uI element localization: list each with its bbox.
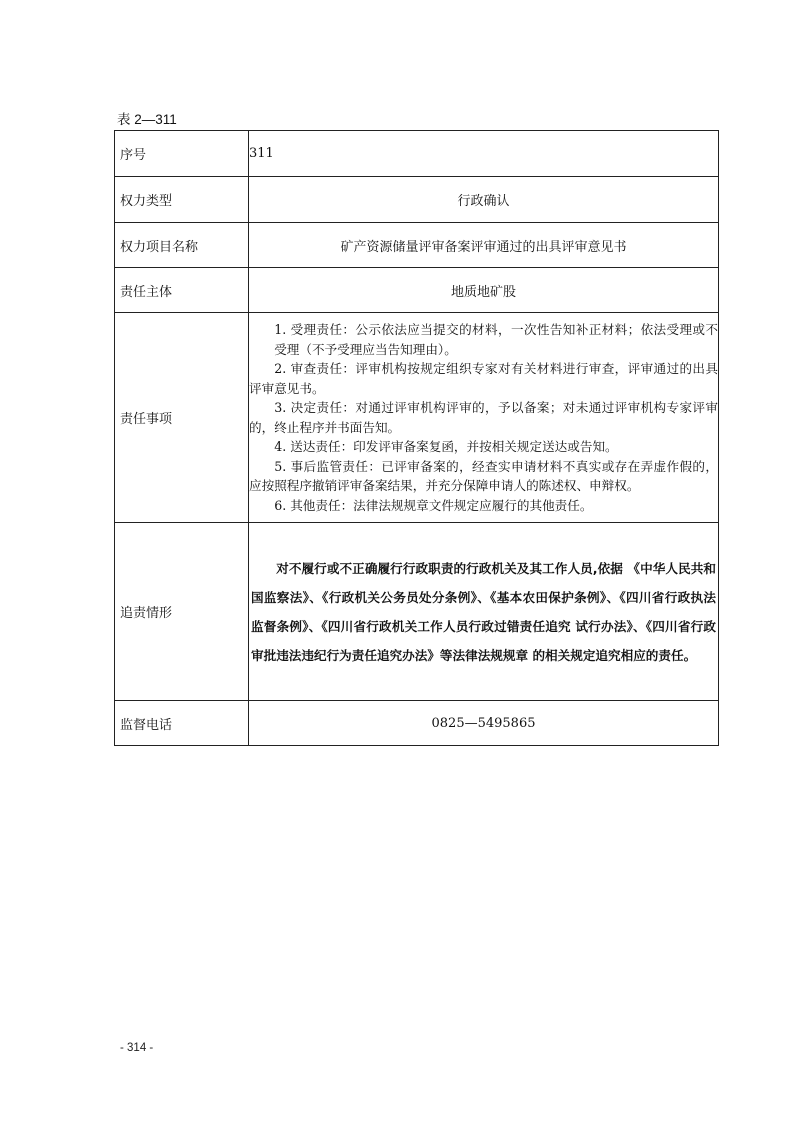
duty-item: 5. 事后监管责任：已评审备案的，经查实申请材料不真实或存在弄虚作假的，应按照程… [249, 457, 718, 496]
serial-label: 序号 [115, 131, 249, 177]
duty-item: 1. 受理责任：公示依法应当提交的材料，一次性告知补正材料；依法受理或不受理（不… [249, 320, 718, 359]
item-name-value: 矿产资源储量评审备案评审通过的出具评审意见书 [249, 223, 719, 268]
subject-value: 地质地矿股 [249, 268, 719, 313]
accountability-cell: 对不履行或不正确履行行政职责的行政机关及其工作人员,依据 《中华人民共和国监察法… [249, 523, 719, 701]
subject-label: 责任主体 [115, 268, 249, 313]
table-caption: 表 2—311 [117, 108, 177, 128]
page-number: - 314 - [120, 1042, 153, 1054]
table-row-accountability: 追责情形 对不履行或不正确履行行政职责的行政机关及其工作人员,依据 《中华人民共… [115, 523, 719, 701]
phone-value: 0825—5495865 [249, 701, 719, 746]
table-row-item-name: 权力项目名称 矿产资源储量评审备案评审通过的出具评审意见书 [115, 223, 719, 268]
item-name-label: 权力项目名称 [115, 223, 249, 268]
duty-item: 2. 审查责任：评审机构按规定组织专家对有关材料进行审查，评审通过的出具评审意见… [249, 359, 718, 398]
table-row-duties: 责任事项 1. 受理责任：公示依法应当提交的材料，一次性告知补正材料；依法受理或… [115, 313, 719, 523]
phone-label: 监督电话 [115, 701, 249, 746]
duty-item: 6. 其他责任：法律法规规章文件规定应履行的其他责任。 [249, 496, 718, 516]
accountability-label: 追责情形 [115, 523, 249, 701]
power-list-table: 序号 311 权力类型 行政确认 权力项目名称 矿产资源储量评审备案评审通过的出… [114, 130, 719, 746]
power-type-label: 权力类型 [115, 177, 249, 223]
duty-item: 3. 决定责任：对通过评审机构评审的，予以备案；对未通过评审机构专家评审的，终止… [249, 398, 718, 437]
duties-list: 1. 受理责任：公示依法应当提交的材料，一次性告知补正材料；依法受理或不受理（不… [249, 313, 719, 523]
table-row-phone: 监督电话 0825—5495865 [115, 701, 719, 746]
power-type-value: 行政确认 [249, 177, 719, 223]
accountability-text: 对不履行或不正确履行行政职责的行政机关及其工作人员,依据 《中华人民共和国监察法… [249, 550, 718, 674]
duties-label: 责任事项 [115, 313, 249, 523]
table-row-subject: 责任主体 地质地矿股 [115, 268, 719, 313]
duty-item: 4. 送达责任：印发评审备案复函，并按相关规定送达或告知。 [249, 437, 718, 457]
table-row-power-type: 权力类型 行政确认 [115, 177, 719, 223]
serial-value: 311 [249, 131, 719, 177]
table-row-serial: 序号 311 [115, 131, 719, 177]
